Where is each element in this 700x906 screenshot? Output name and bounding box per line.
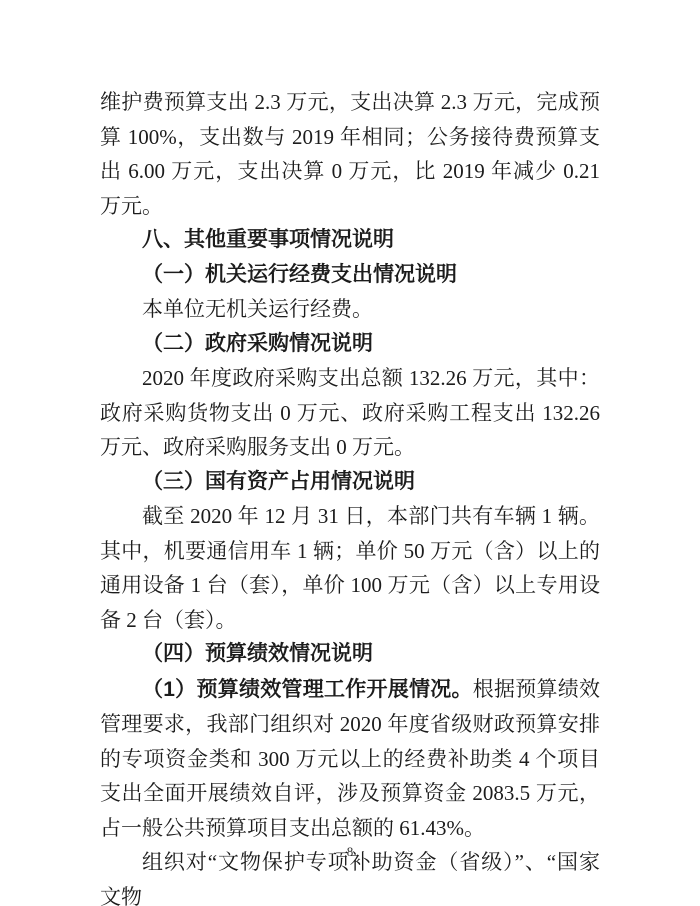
document-content: 维护费预算支出 2.3 万元，支出决算 2.3 万元，完成预算 100%，支出数…: [100, 85, 600, 906]
section-heading: 八、其他重要事项情况说明: [100, 223, 600, 258]
body-paragraph: 维护费预算支出 2.3 万元，支出决算 2.3 万元，完成预算 100%，支出数…: [100, 85, 600, 223]
body-paragraph: （1）预算绩效管理工作开展情况。根据预算绩效管理要求，我部门组织对 2020 年…: [100, 672, 600, 846]
body-paragraph: 2020 年度政府采购支出总额 132.26 万元，其中：政府采购货物支出 0 …: [100, 361, 600, 465]
page-number: 8: [0, 844, 700, 860]
section-heading: （一）机关运行经费支出情况说明: [100, 258, 600, 293]
section-heading: （三）国有资产占用情况说明: [100, 465, 600, 500]
section-heading: （四）预算绩效情况说明: [100, 637, 600, 672]
document-page: 维护费预算支出 2.3 万元，支出决算 2.3 万元，完成预算 100%，支出数…: [0, 0, 700, 906]
section-heading: （二）政府采购情况说明: [100, 327, 600, 362]
body-paragraph: 截至 2020 年 12 月 31 日，本部门共有车辆 1 辆。其中，机要通信用…: [100, 499, 600, 637]
paragraph-bold-lead: （1）预算绩效管理工作开展情况。: [142, 678, 473, 701]
body-paragraph: 本单位无机关运行经费。: [100, 292, 600, 327]
